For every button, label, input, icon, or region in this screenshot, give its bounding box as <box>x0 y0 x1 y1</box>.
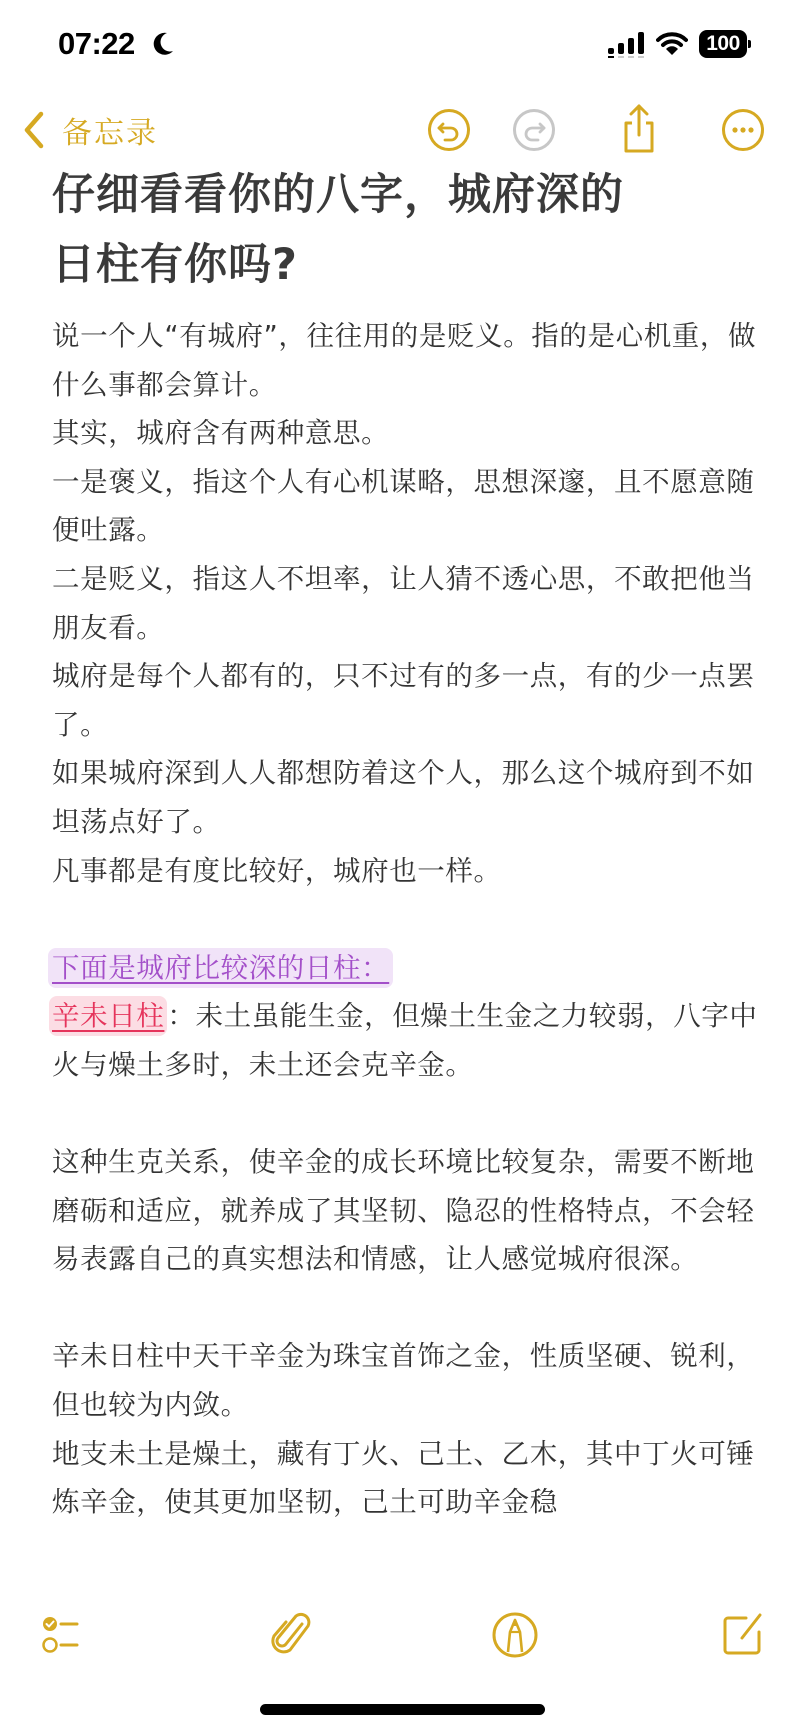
note-paragraph: 如果城府深到人人都想防着这个人，那么这个城府到不如坦荡点好了。 <box>52 749 762 846</box>
moon-icon <box>151 31 175 57</box>
blank-line <box>52 895 762 944</box>
note-paragraph: 一是褒义，指这个人有心机谋略，思想深邃，且不愿意随便吐露。 <box>52 458 762 555</box>
note-paragraph: 这种生克关系，使辛金的成长环境比较复杂，需要不断地磨砺和适应，就养成了其坚韧、隐… <box>52 1138 762 1284</box>
compose-icon[interactable] <box>718 1610 768 1660</box>
pillar-paragraph: 辛未日柱：未土虽能生金，但燥土生金之力较弱，八字中火与燥土多时，未土还会克辛金。 <box>52 992 762 1089</box>
redo-icon[interactable] <box>512 108 556 152</box>
section-heading-line: 下面是城府比较深的日柱： <box>52 944 762 993</box>
note-editor[interactable]: 仔细看看你的八字，城府深的 日柱有你吗? 说一个人“有城府”，往往用的是贬义。指… <box>52 160 762 1527</box>
status-bar: 07:22 100 <box>0 0 800 90</box>
more-icon[interactable] <box>721 108 765 152</box>
share-icon[interactable] <box>617 103 661 155</box>
home-indicator[interactable] <box>260 1704 545 1715</box>
blank-line <box>52 1284 762 1333</box>
note-paragraph: 凡事都是有度比较好，城府也一样。 <box>52 847 762 896</box>
note-paragraph: 说一个人“有城府”，往往用的是贬义。指的是心机重，做什么事都会算计。 <box>52 312 762 409</box>
signal-icon <box>608 32 646 58</box>
wifi-icon <box>656 31 688 57</box>
section-heading-highlight: 下面是城府比较深的日柱： <box>48 948 393 988</box>
markup-icon[interactable] <box>490 1610 540 1660</box>
note-paragraph: 其实，城府含有两种意思。 <box>52 409 762 458</box>
note-paragraph: 城府是每个人都有的，只不过有的多一点，有的少一点罢了。 <box>52 652 762 749</box>
status-time: 07:22 <box>58 26 135 62</box>
back-button[interactable]: 备忘录 <box>22 108 158 152</box>
battery-tip <box>748 40 751 48</box>
attachment-icon[interactable] <box>268 1610 318 1660</box>
battery-level: 100 <box>699 30 747 58</box>
battery-indicator: 100 <box>699 30 751 58</box>
note-title-line: 仔细看看你的八字，城府深的 <box>52 160 762 230</box>
checklist-icon[interactable] <box>40 1610 90 1660</box>
undo-icon[interactable] <box>427 108 471 152</box>
note-paragraph: 二是贬义，指这人不坦率，让人猜不透心思，不敢把他当朋友看。 <box>52 555 762 652</box>
blank-line <box>52 1090 762 1139</box>
bottom-toolbar <box>0 1590 800 1680</box>
note-title-line: 日柱有你吗? <box>52 230 762 300</box>
nav-bar: 备忘录 <box>0 100 800 160</box>
notes-screen: 07:22 100 备忘录 <box>0 0 800 1731</box>
note-paragraph: 辛未日柱中天干辛金为珠宝首饰之金，性质坚硬、锐利，但也较为内敛。 <box>52 1332 762 1429</box>
chevron-left-icon <box>22 110 46 150</box>
back-label: 备忘录 <box>62 108 158 152</box>
pillar-label-highlight: 辛未日柱 <box>49 996 167 1036</box>
note-title: 仔细看看你的八字，城府深的 日柱有你吗? <box>52 160 762 300</box>
note-paragraph: 地支未土是燥土，藏有丁火、己土、乙木，其中丁火可锤炼辛金，使其更加坚韧，己土可助… <box>52 1430 762 1527</box>
note-body: 说一个人“有城府”，往往用的是贬义。指的是心机重，做什么事都会算计。 其实，城府… <box>52 312 762 1527</box>
